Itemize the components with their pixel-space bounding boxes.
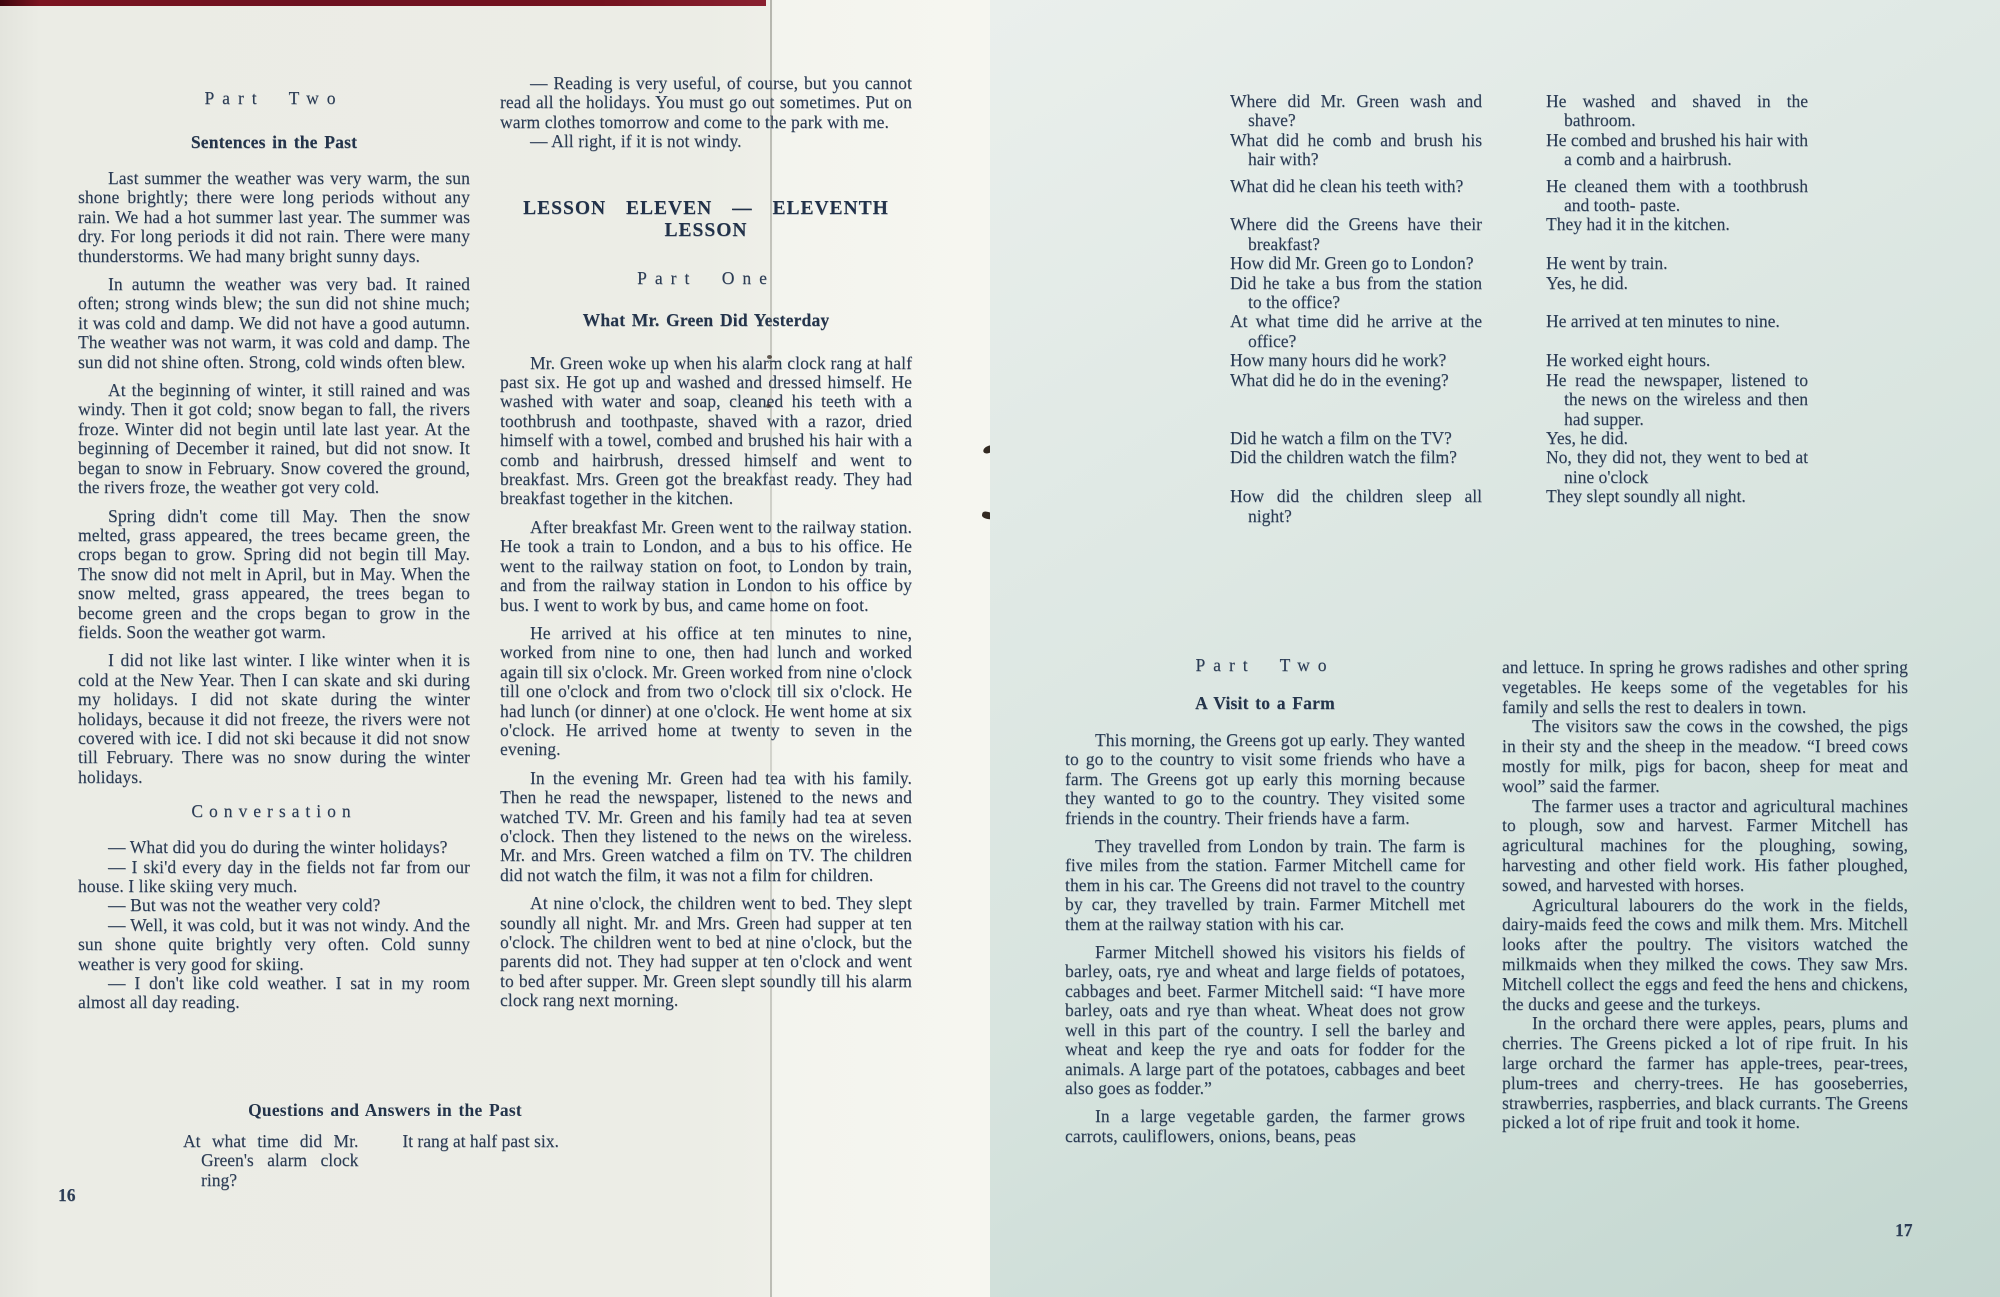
paragraph: and lettuce. In spring he grows radishes…: [1502, 658, 1908, 717]
qa-row: Did he watch a film on the TV?Yes, he di…: [1230, 429, 1808, 448]
paragraph: He arrived at his office at ten minutes …: [500, 624, 912, 760]
answer: He cleaned them with a toothbrush and to…: [1546, 177, 1808, 216]
dialogue-line: — All right, if it is not windy.: [500, 132, 912, 151]
qa-row: Did he take a bus from the station to th…: [1230, 274, 1808, 313]
answer: Yes, he did.: [1546, 274, 1808, 293]
left-column-1: Part Two Sentences in the Past Last summ…: [78, 88, 470, 1013]
question: What did he comb and brush his hair with…: [1230, 131, 1482, 170]
qa-row: At what time did Mr. Green's alarm clock…: [165, 1132, 605, 1190]
question: What did he clean his teeth with?: [1230, 177, 1482, 196]
paragraph: Mr. Green woke up when his alarm clock r…: [500, 354, 912, 509]
paragraph: Farmer Mitchell showed his visitors his …: [1065, 943, 1465, 1098]
conversation-heading: Conversation: [78, 801, 470, 821]
qa-row: What did he clean his teeth with?He clea…: [1230, 177, 1808, 216]
question: At what time did he arrive at the office…: [1230, 312, 1482, 351]
paragraph: At nine o'clock, the children went to be…: [500, 894, 912, 1010]
right-column-1: Part Two A Visit to a Farm This morning,…: [1065, 655, 1465, 1155]
paragraph: Agricultural labourers do the work in th…: [1502, 896, 1908, 1015]
paragraph: In the orchard there were apples, pears,…: [1502, 1014, 1908, 1133]
question: Did he watch a film on the TV?: [1230, 429, 1482, 448]
paragraph: I did not like last winter. I like winte…: [78, 651, 470, 787]
answer: Yes, he did.: [1546, 429, 1808, 448]
qa-row: At what time did he arrive at the office…: [1230, 312, 1808, 351]
page-number-17: 17: [1895, 1220, 1913, 1241]
left-column-2: — Reading is very useful, of course, but…: [500, 74, 912, 1020]
qa-continued-section: Where did Mr. Green wash and shave?He wa…: [1230, 92, 1808, 526]
answer: He combed and brushed his hair with a co…: [1546, 131, 1808, 170]
part-one-heading: Part One: [500, 268, 912, 288]
answer: He arrived at ten minutes to nine.: [1546, 312, 1808, 331]
scan-edge-artifact: [0, 0, 766, 6]
question: Where did Mr. Green wash and shave?: [1230, 92, 1482, 131]
qa-row: What did he comb and brush his hair with…: [1230, 131, 1808, 170]
question: Where did the Greens have their breakfas…: [1230, 215, 1482, 254]
paragraph: In a large vegetable garden, the farmer …: [1065, 1107, 1465, 1146]
question: How did the children sleep all night?: [1230, 487, 1482, 526]
lesson-eleven-heading: LESSON ELEVEN — ELEVENTH LESSON: [500, 198, 912, 242]
qa-row: Where did Mr. Green wash and shave?He wa…: [1230, 92, 1808, 131]
page-left: Part Two Sentences in the Past Last summ…: [0, 0, 990, 1297]
part-two-heading: Part Two: [78, 88, 470, 108]
paragraph: The farmer uses a tractor and agricultur…: [1502, 797, 1908, 896]
paragraph: Last summer the weather was very warm, t…: [78, 169, 470, 266]
lesson-title: What Mr. Green Did Yesterday: [500, 310, 912, 330]
part-two-heading-right: Part Two: [1065, 655, 1465, 675]
answer: He washed and shaved in the bathroom.: [1546, 92, 1808, 131]
answer: No, they did not, they went to bed at ni…: [1546, 448, 1808, 487]
dialogue-line: — What did you do during the winter holi…: [78, 838, 470, 857]
page-fold-line: [770, 0, 772, 1297]
scan-speck: [767, 355, 772, 359]
scan-speck: [766, 404, 771, 408]
dialogue-line: — Well, it was cold, but it was not wind…: [78, 916, 470, 974]
qa-row: Where did the Greens have their breakfas…: [1230, 215, 1808, 254]
sentences-in-the-past-heading: Sentences in the Past: [78, 132, 470, 152]
paragraph: The visitors saw the cows in the cowshed…: [1502, 717, 1908, 796]
paragraph: They travelled from London by train. The…: [1065, 837, 1465, 934]
page-number-16: 16: [58, 1185, 76, 1206]
page-right: Where did Mr. Green wash and shave?He wa…: [990, 0, 2000, 1297]
answer: He worked eight hours.: [1546, 351, 1808, 370]
right-column-2: and lettuce. In spring he grows radishes…: [1502, 658, 1908, 1133]
question: How many hours did he work?: [1230, 351, 1482, 370]
dialogue-line: — I don't like cold weather. I sat in my…: [78, 974, 470, 1013]
qa-row: How did the children sleep all night?The…: [1230, 487, 1808, 526]
question: At what time did Mr. Green's alarm clock…: [183, 1132, 358, 1190]
paragraph: In the evening Mr. Green had tea with hi…: [500, 769, 912, 885]
answer: He went by train.: [1546, 254, 1808, 273]
question: What did he do in the evening?: [1230, 371, 1482, 390]
dialogue-line: — I ski'd every day in the fields not fa…: [78, 858, 470, 897]
questions-and-answers-section: Questions and Answers in the Past At wha…: [165, 1100, 605, 1190]
paragraph: In autumn the weather was very bad. It r…: [78, 275, 470, 372]
question: Did he take a bus from the station to th…: [1230, 274, 1482, 313]
question: Did the children watch the film?: [1230, 448, 1482, 467]
scanned-book-spread: { "colors":{"ink":"#2b3c55","paper_left"…: [0, 0, 2000, 1297]
questions-and-answers-heading: Questions and Answers in the Past: [165, 1100, 605, 1120]
question: How did Mr. Green go to London?: [1230, 254, 1482, 273]
paragraph: Spring didn't come till May. Then the sn…: [78, 507, 470, 643]
dialogue-line: — But was not the weather very cold?: [78, 896, 470, 915]
dialogue-line: — Reading is very useful, of course, but…: [500, 74, 912, 132]
paragraph: After breakfast Mr. Green went to the ra…: [500, 518, 912, 615]
qa-row: How did Mr. Green go to London?He went b…: [1230, 254, 1808, 273]
qa-row: What did he do in the evening?He read th…: [1230, 371, 1808, 429]
qa-row: How many hours did he work?He worked eig…: [1230, 351, 1808, 370]
answer: He read the newspaper, listened to the n…: [1546, 371, 1808, 429]
answer: They had it in the kitchen.: [1546, 215, 1808, 234]
qa-row: Did the children watch the film?No, they…: [1230, 448, 1808, 487]
answer: It rang at half past six.: [402, 1132, 605, 1151]
visit-to-a-farm-title: A Visit to a Farm: [1065, 693, 1465, 713]
paragraph: At the beginning of winter, it still rai…: [78, 381, 470, 497]
paragraph: This morning, the Greens got up early. T…: [1065, 731, 1465, 828]
answer: They slept soundly all night.: [1546, 487, 1808, 506]
